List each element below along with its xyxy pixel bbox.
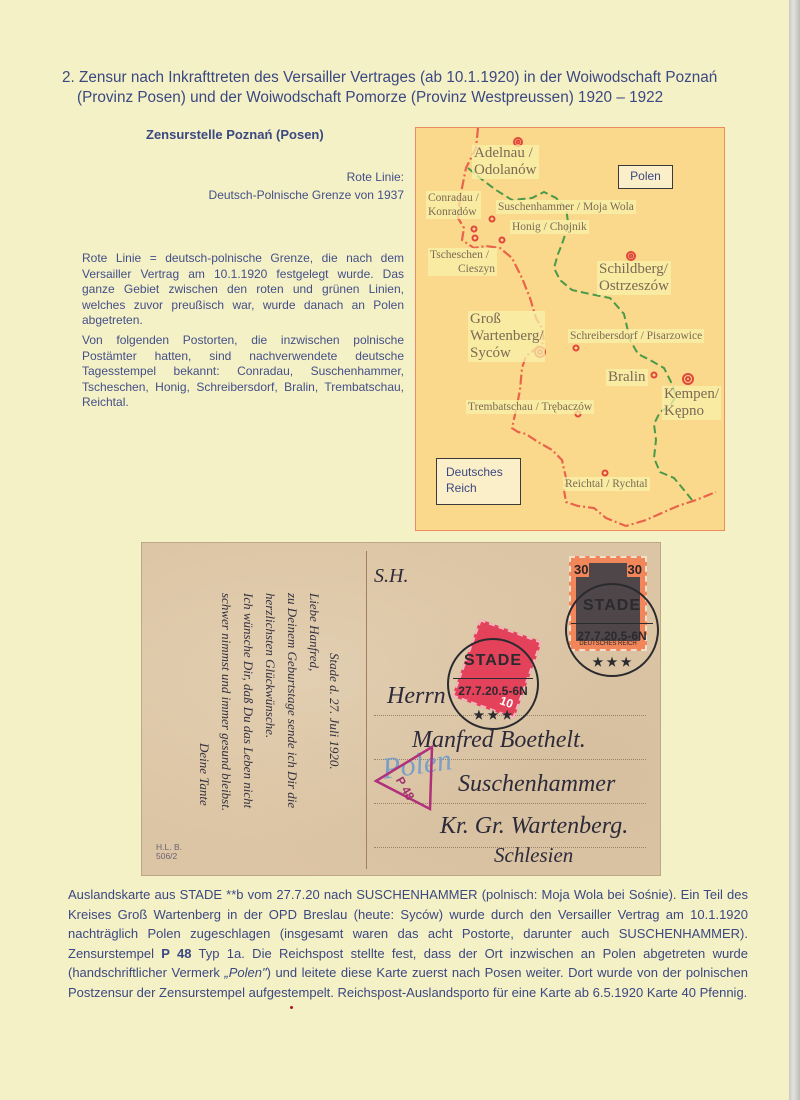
place-label: Wartenberg/	[470, 328, 543, 345]
place-kempen: Kempen/ Kępno	[662, 386, 721, 420]
stray-mark	[290, 1006, 293, 1009]
stamp-value: 30	[627, 562, 643, 577]
place-label: Cieszyn	[430, 262, 495, 276]
place-bralin: Bralin	[606, 369, 648, 386]
label-box-deutsches-reich: Deutsches Reich	[436, 458, 521, 505]
place-label: Adelnau /	[474, 145, 537, 162]
map-legend-note: Rote Linie: Deutsch-Polnische Grenze von…	[160, 168, 404, 204]
place-label: Syców	[470, 345, 543, 362]
place-suschenhammer: Suschenhammer / Moja Wola	[496, 200, 636, 214]
explanation-paragraph-1: Rote Linie = deutsch-polnische Grenze, d…	[82, 251, 404, 329]
postmark-town: STADE	[567, 597, 657, 615]
message-line: zu Deinem Geburtstage sende ich Dir die	[284, 593, 300, 808]
message-dateline: Stade d. 27. Juli 1920.	[326, 653, 342, 770]
place-label: Tscheschen /	[430, 248, 495, 262]
postmark-bar	[571, 623, 653, 624]
place-label: Kempen/	[664, 386, 719, 403]
box-label: Reich	[446, 480, 520, 496]
place-schildberg: Schildberg/ Ostrzeszów	[597, 261, 671, 295]
page-edge-strip	[789, 0, 800, 1100]
section-subheading: Zensurstelle Poznań (Posen)	[146, 127, 324, 142]
postmark-stade-1: STADE 27.7.20.5-6N ★ ★ ★	[565, 583, 659, 677]
censor-mark-text: P 48	[393, 774, 418, 802]
address-region: Schlesien	[494, 843, 573, 868]
border-map: Adelnau / Odolanów Conradau / Konradów S…	[415, 127, 725, 531]
legend-note-title: Rote Linie:	[160, 168, 404, 186]
place-label: Konradów	[428, 205, 479, 219]
postmark-stars: ★ ★ ★	[449, 708, 537, 722]
message-line: Deine Tante	[196, 743, 212, 806]
heading-line-2: (Provinz Posen) und der Woiwodschaft Pom…	[62, 88, 742, 108]
stamp-value: 30	[573, 562, 589, 577]
postmark-bar	[453, 678, 533, 679]
place-conradau: Conradau / Konradów	[426, 191, 481, 219]
postmark-stars: ★ ★ ★	[567, 655, 657, 669]
message-line: herzlichsten Glückwünsche.	[262, 593, 278, 738]
place-trembatschau: Trembatschau / Trębaczów	[466, 400, 594, 414]
caption-censor-stamp: P 48	[161, 946, 191, 961]
place-gross-wartenberg: Groß Wartenberg/ Syców	[468, 311, 545, 362]
censor-triangle-icon: P 48	[372, 743, 442, 813]
postcard-caption: Auslandskarte aus STADE **b vom 27.7.20 …	[68, 885, 748, 1002]
place-schreibersdorf: Schreibersdorf / Pisarzowice	[568, 329, 704, 343]
printer-mark: H.L. B. 506/2	[156, 843, 182, 861]
legend-note-text: Deutsch-Polnische Grenze von 1937	[160, 186, 404, 204]
postcard-image: Stade d. 27. Juli 1920. Liebe Hanfred, z…	[142, 543, 660, 875]
page-heading: 2. Zensur nach Inkrafttreten des Versail…	[62, 68, 742, 108]
postmark-date: 27.7.20.5-6N	[567, 629, 657, 643]
place-honig: Honig / Chojnik	[510, 220, 589, 234]
card-divider	[366, 551, 367, 869]
address-town: Suschenhammer	[458, 771, 615, 798]
label-box-polen: Polen	[618, 165, 673, 189]
place-label: Kępno	[664, 403, 719, 420]
place-label: Schildberg/	[599, 261, 669, 278]
message-line: Ich wünsche Dir, daß Du das Leben nicht	[240, 593, 256, 808]
message-line: schwer nimmst und immer gesund bleibst.	[218, 593, 234, 811]
explanation-paragraph-2: Von folgenden Postorten, die inzwischen …	[82, 333, 404, 411]
box-label: Deutsches	[446, 464, 520, 480]
printer-mark-line: 506/2	[156, 852, 182, 861]
place-label: Ostrzeszów	[599, 278, 669, 295]
place-label: Odolanów	[474, 162, 537, 179]
handwritten-message: Stade d. 27. Juli 1920. Liebe Hanfred, z…	[146, 553, 358, 863]
postmark-date: 27.7.20.5-6N	[449, 684, 537, 698]
message-line: Liebe Hanfred,	[306, 593, 322, 671]
place-reichtal: Reichtal / Rychtal	[563, 477, 650, 491]
postmark-town: STADE	[449, 652, 537, 670]
address-salutation: Herrn	[387, 683, 446, 710]
place-label: Groß	[470, 311, 543, 328]
place-adelnau: Adelnau / Odolanów	[472, 145, 539, 179]
address-district: Kr. Gr. Wartenberg.	[440, 813, 628, 840]
place-label: Conradau /	[428, 191, 479, 205]
caption-note: „Polen"	[224, 965, 266, 980]
place-tscheschen: Tscheschen / Cieszyn	[428, 248, 497, 276]
postmark-stade-2: STADE 27.7.20.5-6N ★ ★ ★	[447, 638, 539, 730]
sender-initials: S.H.	[374, 565, 408, 588]
heading-line-1: 2. Zensur nach Inkrafttreten des Versail…	[62, 69, 717, 86]
